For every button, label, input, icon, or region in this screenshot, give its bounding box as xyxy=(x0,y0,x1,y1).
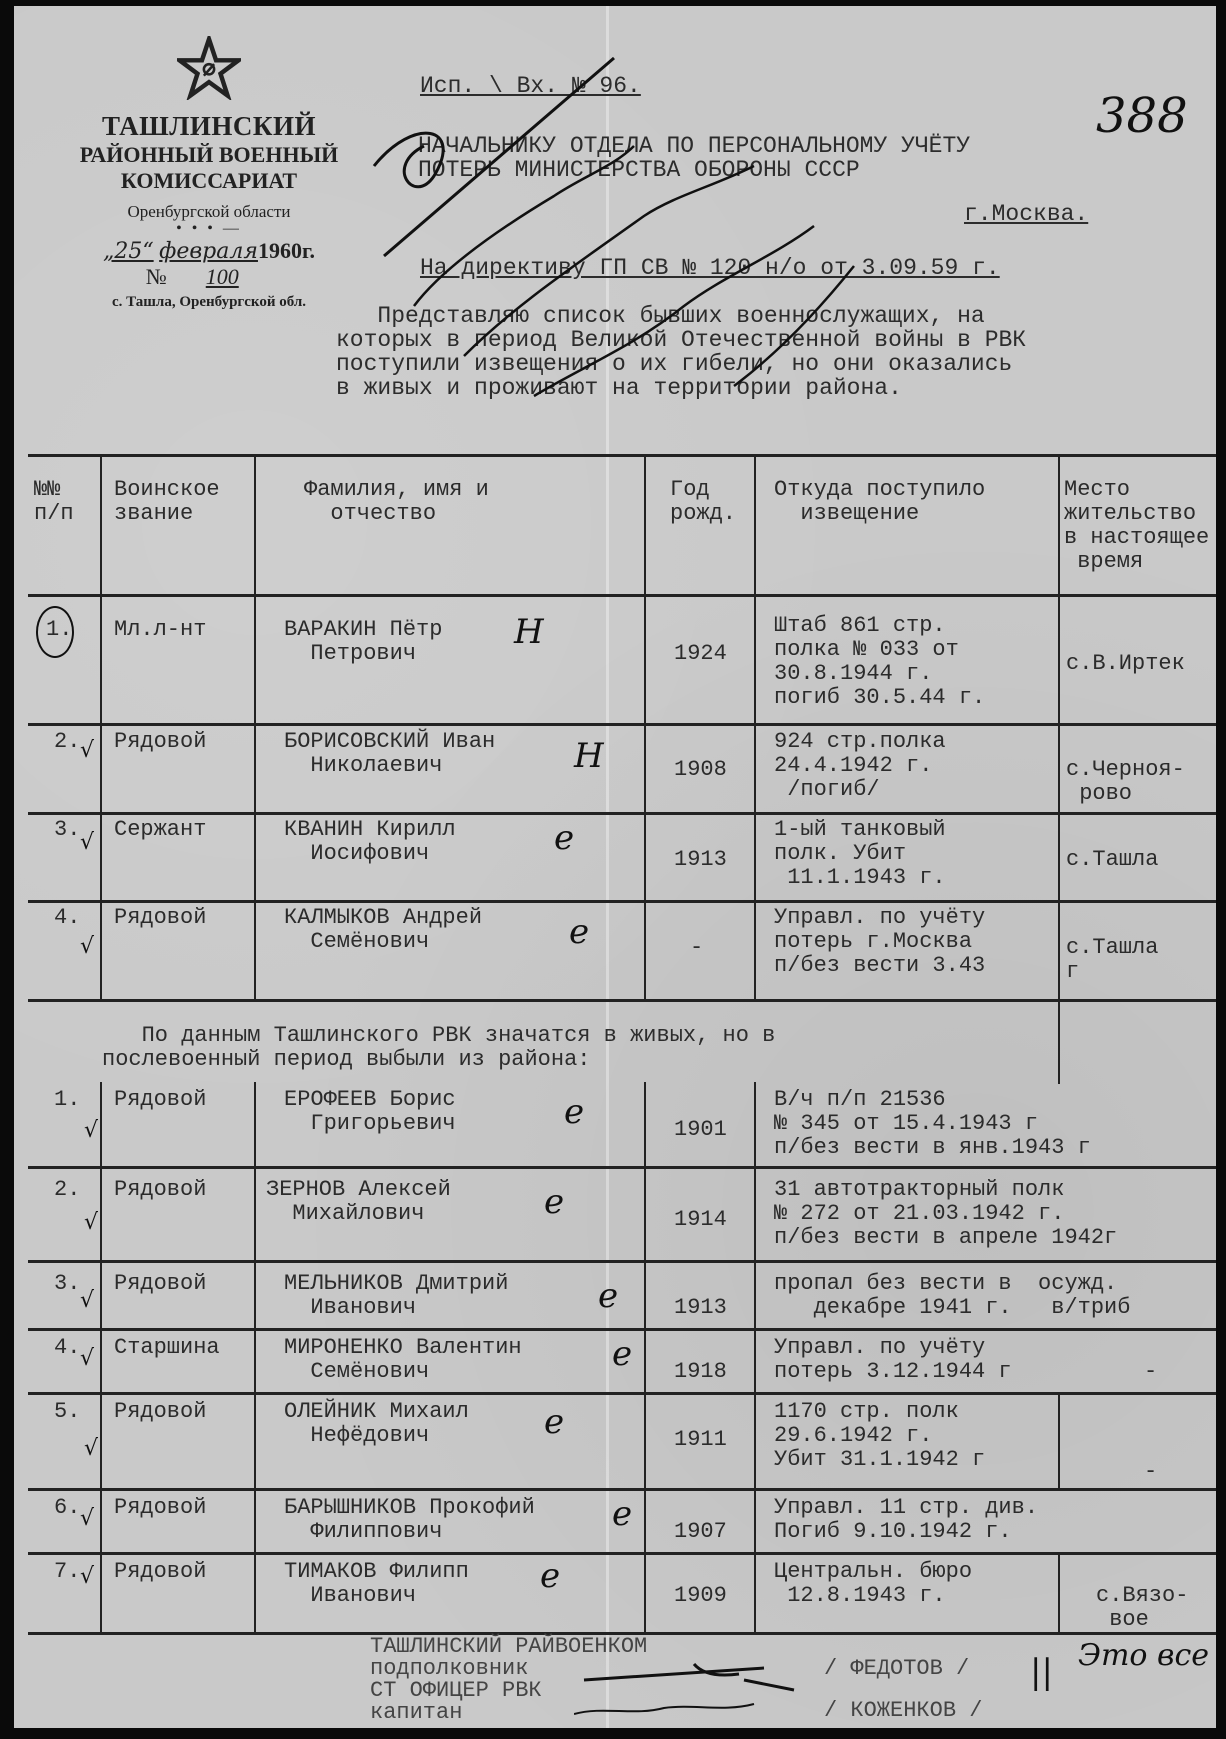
row-residence: с.В.Иртек xyxy=(1066,652,1185,676)
row-divider xyxy=(28,1166,1216,1169)
row-rank: Рядовой xyxy=(114,730,206,754)
col-divider xyxy=(100,1082,102,1632)
handwritten-mark: е xyxy=(564,1092,584,1132)
row-source: 1170 стр. полк 29.6.1942 г. Убит 31.1.19… xyxy=(774,1400,985,1472)
row-year: 1913 xyxy=(674,1296,727,1320)
check-mark-icon: √ xyxy=(80,830,94,855)
date-year: 1960г. xyxy=(258,238,315,263)
row-rank: Рядовой xyxy=(114,1178,206,1202)
signature-title-3: капитан xyxy=(370,1702,462,1724)
row-residence: с.Черноя- рово xyxy=(1066,758,1185,806)
stamp-dots: • • • — xyxy=(44,222,374,236)
col-divider xyxy=(644,454,646,999)
row-source: 31 автотракторный полк № 272 от 21.03.19… xyxy=(774,1178,1117,1250)
column-header-source: Откуда поступило извещение xyxy=(774,478,985,526)
check-mark-icon: √ xyxy=(80,1288,94,1313)
place-label: с. Ташла, Оренбургской обл. xyxy=(44,294,374,311)
row-number: 3. xyxy=(54,1272,80,1296)
signature-title-1: подполковник xyxy=(370,1658,528,1680)
row-number: 1. xyxy=(46,618,72,642)
handwritten-page-number: 388 xyxy=(1096,88,1188,144)
column-header-residence: Место жительство в настоящее время xyxy=(1064,478,1209,574)
row-year: 1908 xyxy=(674,758,727,782)
row-divider xyxy=(28,1260,1216,1263)
row-name: ЕРОФЕЕВ Борис Григорьевич xyxy=(284,1088,456,1136)
row-divider xyxy=(28,1392,1216,1395)
row-number: 4. xyxy=(54,906,80,930)
row-year: 1901 xyxy=(674,1118,727,1142)
handwritten-mark: е xyxy=(598,1276,618,1316)
row-rank: Рядовой xyxy=(114,1272,206,1296)
city-label: г.Москва. xyxy=(964,202,1088,226)
row-rank: Сержант xyxy=(114,818,206,842)
margin-mark: || xyxy=(1030,1652,1053,1692)
row-divider xyxy=(28,812,1216,815)
row-rank: Старшина xyxy=(114,1336,220,1360)
handwritten-mark: е xyxy=(554,818,574,858)
section2-intro-line2: послевоенный период выбыли из района: xyxy=(102,1048,590,1072)
row-year: 1907 xyxy=(674,1520,727,1544)
row-name: ОЛЕЙНИК Михаил Нефёдович xyxy=(284,1400,469,1448)
row-source: Управл. по учёту потерь г.Москва п/без в… xyxy=(774,906,985,978)
row-name: КВАНИН Кирилл Иосифович xyxy=(284,818,456,866)
row-divider xyxy=(28,1552,1216,1555)
row-name: ВАРАКИН Пётр Петрович xyxy=(284,618,442,666)
table-top-border xyxy=(28,454,1216,457)
region-label: Оренбургской области xyxy=(44,202,374,222)
row-year: 1918 xyxy=(674,1360,727,1384)
row-number: 2. xyxy=(54,730,80,754)
handwritten-mark: е xyxy=(612,1334,632,1374)
row-source: Штаб 861 стр. полка № 033 от 30.8.1944 г… xyxy=(774,614,985,710)
row-rank: Рядовой xyxy=(114,1088,206,1112)
row-divider xyxy=(28,900,1216,903)
row-year: 1914 xyxy=(674,1208,727,1232)
row-number: 4. xyxy=(54,1336,80,1360)
row-source: 924 стр.полка 24.4.1942 г. /погиб/ xyxy=(774,730,946,802)
col-divider xyxy=(100,454,102,999)
row-rank: Рядовой xyxy=(114,1400,206,1424)
row-source: В/ч п/п 21536 № 345 от 15.4.1943 г п/без… xyxy=(774,1088,1091,1160)
signature-title-2: СТ ОФИЦЕР РВК xyxy=(370,1680,542,1702)
col-divider xyxy=(254,1082,256,1632)
handwritten-mark: Н xyxy=(574,736,604,776)
date-month: февраля xyxy=(159,239,258,264)
row-rank: Мл.л-нт xyxy=(114,618,206,642)
document-number: № 100 xyxy=(44,264,374,290)
row-year: 1909 xyxy=(674,1584,727,1608)
handwritten-mark: е xyxy=(544,1182,564,1222)
row-number: 6. xyxy=(54,1496,80,1520)
check-mark-icon: √ xyxy=(80,1346,94,1371)
row-divider xyxy=(28,999,1216,1002)
row-name: МИРОНЕНКО Валентин Семёнович xyxy=(284,1336,522,1384)
org-name-line1: ТАШЛИНСКИЙ xyxy=(44,111,374,142)
handwritten-resolution-strokes xyxy=(354,46,974,446)
handwritten-signatures xyxy=(574,1656,814,1726)
row-name: БОРИСОВСКИЙ Иван Николаевич xyxy=(284,730,495,778)
row-residence: - xyxy=(1144,1460,1157,1484)
row-source: пропал без вести в осужд. декабре 1941 г… xyxy=(774,1272,1130,1320)
row-residence: с.Вязо- вое xyxy=(1096,1584,1188,1632)
row-year: 1911 xyxy=(674,1428,727,1452)
signature-name-1: / ФЕДОТОВ / xyxy=(824,1658,969,1680)
date-day: „25“ xyxy=(103,239,154,264)
handwritten-mark: е xyxy=(544,1402,564,1442)
row-number: 1. xyxy=(54,1088,80,1112)
column-header-rank: Воинское звание xyxy=(114,478,220,526)
handwritten-mark: е xyxy=(569,912,589,952)
document-date: „25“ февраля1960г. xyxy=(44,238,374,264)
row-number: 2. xyxy=(54,1178,80,1202)
document-page: ТАШЛИНСКИЙ РАЙОННЫЙ ВОЕННЫЙ КОМИССАРИАТ … xyxy=(14,6,1216,1728)
org-name-line3: КОМИССАРИАТ xyxy=(44,168,374,194)
row-source: 1-ый танковый полк. Убит 11.1.1943 г. xyxy=(774,818,946,890)
row-divider xyxy=(28,1488,1216,1491)
column-header-name: Фамилия, имя и отчество xyxy=(304,478,489,526)
margin-note: Это все xyxy=(1078,1638,1209,1673)
row-source: Управл. по учёту потерь 3.12.1944 г xyxy=(774,1336,1012,1384)
column-header-number: №№ п/п xyxy=(34,478,74,526)
row-number: 7. xyxy=(54,1560,80,1584)
row-year: 1924 xyxy=(674,642,727,666)
row-residence: - xyxy=(1144,1360,1157,1384)
row-residence: с.Ташла xyxy=(1066,848,1158,872)
row-divider xyxy=(28,1328,1216,1331)
row-name: КАЛМЫКОВ Андрей Семёнович xyxy=(284,906,482,954)
col-divider xyxy=(1058,1392,1060,1488)
section2-intro-line1: По данным Ташлинского РВК значатся в жив… xyxy=(102,1024,775,1048)
letterhead-stamp: ТАШЛИНСКИЙ РАЙОННЫЙ ВОЕННЫЙ КОМИССАРИАТ … xyxy=(44,36,374,311)
check-mark-icon: √ xyxy=(84,1210,98,1235)
col-divider xyxy=(1058,454,1060,1084)
row-number: 3. xyxy=(54,818,80,842)
number-label: № xyxy=(146,264,167,289)
col-divider xyxy=(1058,1552,1060,1632)
col-divider xyxy=(754,1082,756,1632)
row-rank: Рядовой xyxy=(114,1560,206,1584)
signature-org: ТАШЛИНСКИЙ РАЙВОЕНКОМ xyxy=(370,1636,647,1658)
row-year: 1913 xyxy=(674,848,727,872)
header-bottom-border xyxy=(28,594,1216,597)
check-mark-icon: √ xyxy=(84,1436,98,1461)
column-header-year: Год рожд. xyxy=(670,478,736,526)
number-value: 100 xyxy=(172,264,272,290)
row-source: Центральн. бюро 12.8.1943 г. xyxy=(774,1560,972,1608)
handwritten-mark: е xyxy=(612,1494,632,1534)
col-divider xyxy=(644,1082,646,1632)
row-divider xyxy=(28,723,1216,726)
row-rank: Рядовой xyxy=(114,906,206,930)
row-rank: Рядовой xyxy=(114,1496,206,1520)
row-year: - xyxy=(690,936,703,960)
row-residence: с.Ташла г xyxy=(1066,936,1158,984)
row-name: МЕЛЬНИКОВ Дмитрий Иванович xyxy=(284,1272,508,1320)
col-divider xyxy=(254,454,256,999)
org-name-line2: РАЙОННЫЙ ВОЕННЫЙ xyxy=(44,142,374,168)
handwritten-mark: Н xyxy=(514,612,544,652)
row-name: ТИМАКОВ Филипп Иванович xyxy=(284,1560,469,1608)
signature-name-2: / КОЖЕНКОВ / xyxy=(824,1700,982,1722)
row-number: 5. xyxy=(54,1400,80,1424)
check-mark-icon: √ xyxy=(80,1564,94,1589)
check-mark-icon: √ xyxy=(80,1506,94,1531)
handwritten-mark: е xyxy=(540,1556,560,1596)
check-mark-icon: √ xyxy=(80,738,94,763)
check-mark-icon: √ xyxy=(80,934,94,959)
col-divider xyxy=(754,454,756,999)
red-star-icon xyxy=(177,36,241,100)
row-name: ЗЕРНОВ Алексей Михайлович xyxy=(266,1178,451,1226)
row-source: Управл. 11 стр. див. Погиб 9.10.1942 г. xyxy=(774,1496,1038,1544)
row-name: БАРЫШНИКОВ Прокофий Филиппович xyxy=(284,1496,535,1544)
check-mark-icon: √ xyxy=(84,1118,98,1143)
